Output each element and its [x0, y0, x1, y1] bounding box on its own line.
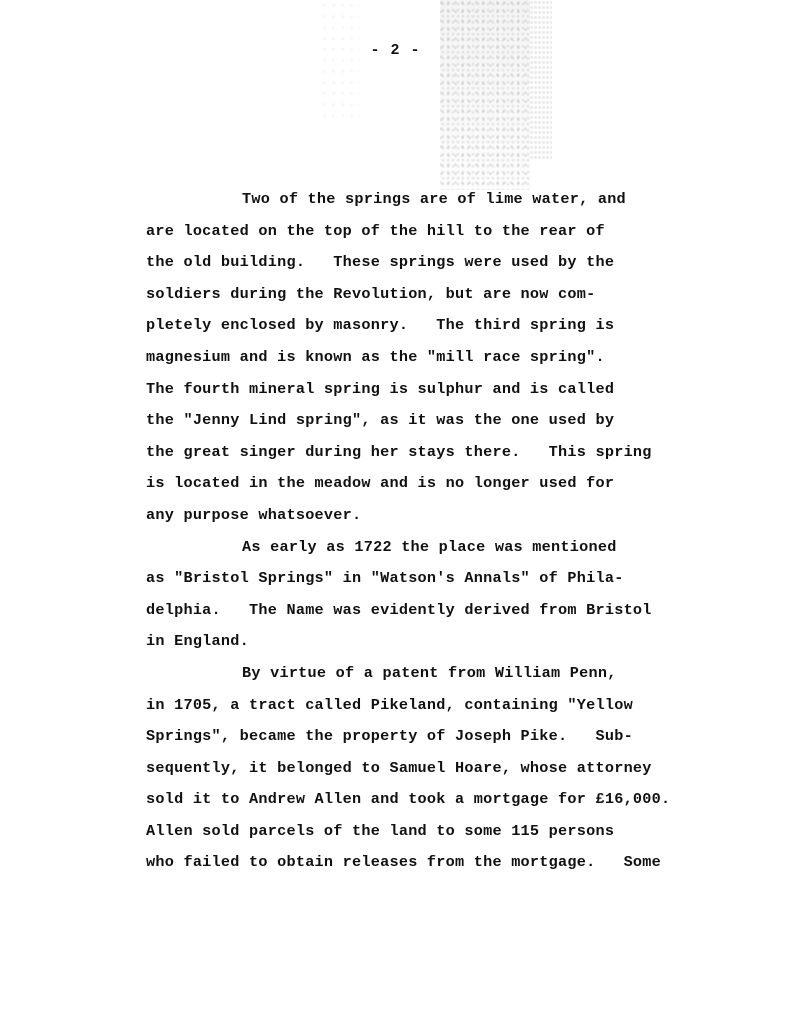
- text-line: sequently, it belonged to Samuel Hoare, …: [146, 753, 686, 785]
- scan-noise: [320, 0, 360, 120]
- text-line: Springs", became the property of Joseph …: [146, 721, 686, 753]
- text-line: the old building. These springs were use…: [146, 247, 686, 279]
- text-line: in England.: [146, 626, 686, 658]
- text-line: who failed to obtain releases from the m…: [146, 847, 686, 879]
- text-line: any purpose whatsoever.: [146, 500, 686, 532]
- text-line: Two of the springs are of lime water, an…: [146, 184, 686, 216]
- text-line: pletely enclosed by masonry. The third s…: [146, 310, 686, 342]
- text-line: in 1705, a tract called Pikeland, contai…: [146, 690, 686, 722]
- text-line: soldiers during the Revolution, but are …: [146, 279, 686, 311]
- text-line: delphia. The Name was evidently derived …: [146, 595, 686, 627]
- text-line: magnesium and is known as the "mill race…: [146, 342, 686, 374]
- text-line: The fourth mineral spring is sulphur and…: [146, 374, 686, 406]
- text-line: the great singer during her stays there.…: [146, 437, 686, 469]
- document-page: - 2 - Two of the springs are of lime wat…: [0, 0, 791, 1024]
- text-line: By virtue of a patent from William Penn,: [146, 658, 686, 690]
- scan-noise: [440, 0, 530, 190]
- text-line: as "Bristol Springs" in "Watson's Annals…: [146, 563, 686, 595]
- document-body: Two of the springs are of lime water, an…: [146, 184, 686, 879]
- text-line: sold it to Andrew Allen and took a mortg…: [146, 784, 686, 816]
- text-line: Allen sold parcels of the land to some 1…: [146, 816, 686, 848]
- text-line: is located in the meadow and is no longe…: [146, 468, 686, 500]
- text-line: the "Jenny Lind spring", as it was the o…: [146, 405, 686, 437]
- scan-noise: [530, 0, 552, 160]
- page-number: - 2 -: [0, 42, 791, 59]
- text-line: As early as 1722 the place was mentioned: [146, 532, 686, 564]
- text-line: are located on the top of the hill to th…: [146, 216, 686, 248]
